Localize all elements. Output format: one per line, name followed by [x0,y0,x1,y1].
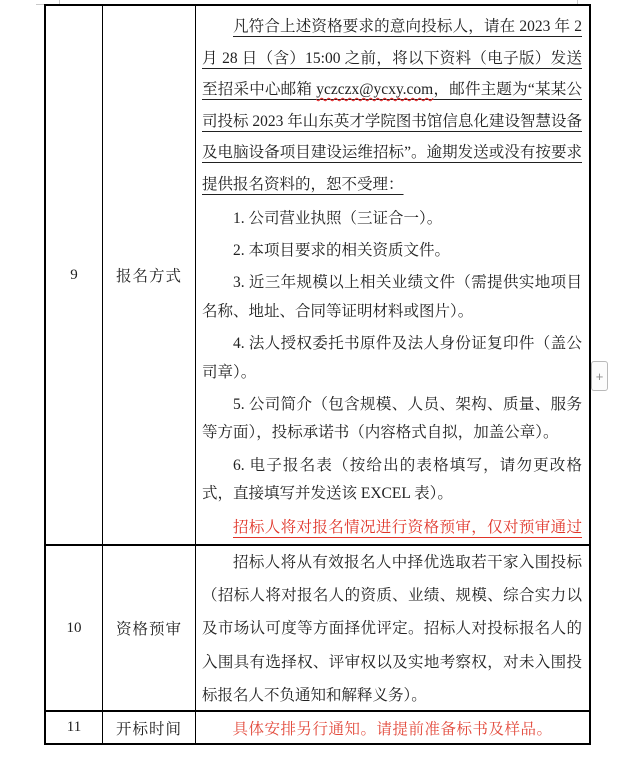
row-number-cell: 11 [46,712,103,743]
required-document-item-4: 4. 法人授权委托书原件及法人身份证复印件（盖公司章）。 [202,330,582,387]
row-number-cell: 9 [46,6,103,544]
table-row-prequalification: 10 资格预审 招标人将从有效报名人中择优选取若干家入围投标（招标人将对报名人的… [46,546,589,712]
contact-email: yczczx@ycxy.com [316,81,433,98]
row-label-cell: 开标时间 [103,712,196,743]
document-page: 9 报名方式 凡符合上述资格要求的意向投标人，请在 2023 年 2 月 28 … [0,0,634,774]
row-label-cell: 报名方式 [103,6,196,544]
registration-intro-paragraph: 凡符合上述资格要求的意向投标人，请在 2023 年 2 月 28 日（含）15:… [202,11,582,201]
required-document-item-5: 5. 公司简介（包含规模、人员、架构、质量、服务等方面），投标承诺书（内容格式自… [202,391,582,448]
row-content-cell: 招标人将从有效报名人中择优选取若干家入围投标（招标人将对报名人的资质、业绩、规模… [196,546,589,710]
row-number: 10 [67,620,82,637]
row-label-cell: 资格预审 [103,546,196,710]
row-label: 开标时间 [116,717,182,739]
required-document-item-2: 2. 本项目要求的相关资质文件。 [202,237,582,265]
row-label: 资格预审 [116,617,182,639]
table-row-registration-method: 9 报名方式 凡符合上述资格要求的意向投标人，请在 2023 年 2 月 28 … [46,6,589,546]
table-row-bid-opening-time: 11 开标时间 具体安排另行通知。请提前准备标书及样品。 [46,712,589,743]
tender-info-table: 9 报名方式 凡符合上述资格要求的意向投标人，请在 2023 年 2 月 28 … [44,4,591,745]
row-number: 9 [70,267,78,284]
row-number: 11 [67,719,81,736]
prequalification-red-notice: 招标人将对报名情况进行资格预审，仅对预审通过的报名人通知踏勘及开标。 [202,512,582,544]
row-content-cell: 具体安排另行通知。请提前准备标书及样品。 [196,712,589,743]
bid-opening-red-text: 具体安排另行通知。请提前准备标书及样品。 [232,717,552,739]
row-number-cell: 10 [46,546,103,710]
plus-button[interactable]: + [591,361,608,391]
row-label: 报名方式 [116,264,182,286]
required-document-item-6: 6. 电子报名表（按给出的表格填写，请勿更改格式，直接填写并发送该 EXCEL … [202,452,582,509]
row-content-cell: 凡符合上述资格要求的意向投标人，请在 2023 年 2 月 28 日（含）15:… [196,6,589,544]
required-document-item-3: 3. 近三年规模以上相关业绩文件（需提供实地项目名称、地址、合同等证明材料或图片… [202,269,582,326]
required-document-item-1: 1. 公司营业执照（三证合一）。 [202,205,582,233]
prequalification-paragraph: 招标人将从有效报名人中择优选取若干家入围投标（招标人将对报名人的资质、业绩、规模… [202,546,582,710]
